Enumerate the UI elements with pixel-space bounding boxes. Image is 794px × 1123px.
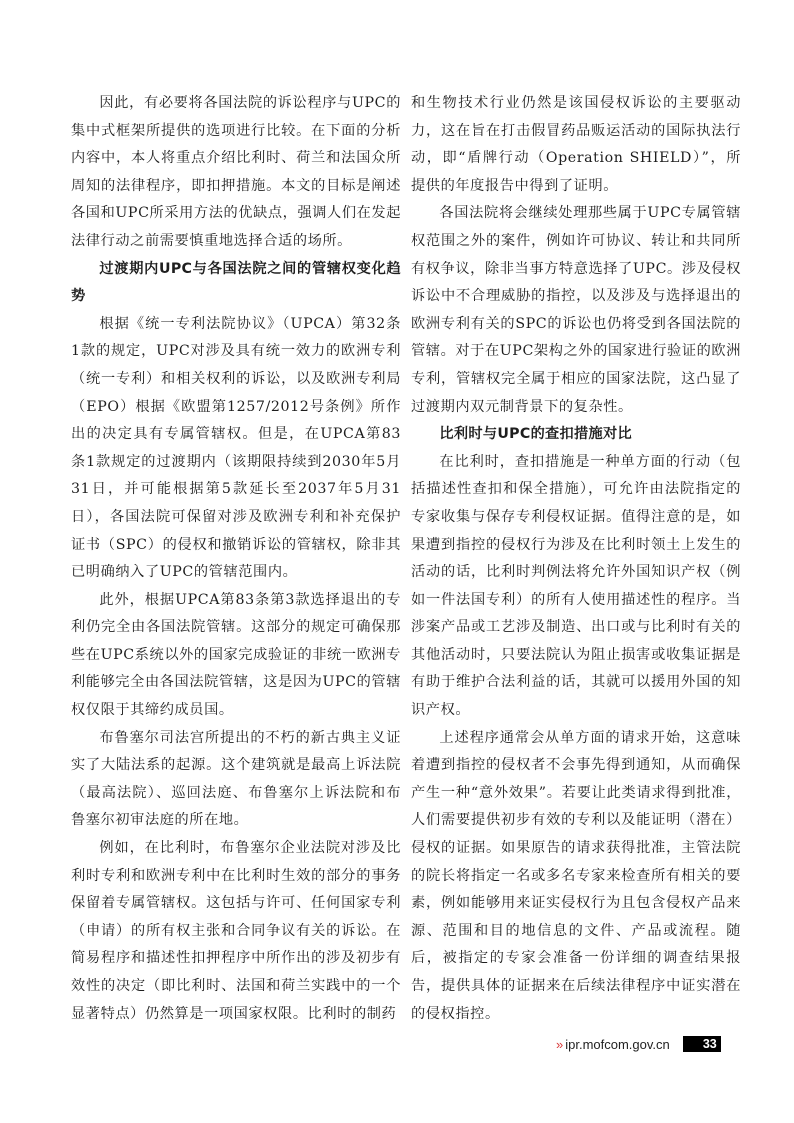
left-column: 因此，有必要将各国法院的诉讼程序与UPC的集中式框架所提供的选项进行比较。在下面… <box>71 90 401 1028</box>
double-chevron-right-icon: » <box>556 1037 561 1052</box>
page-number: 33 <box>683 1036 721 1052</box>
paragraph: 布鲁塞尔司法宫所提出的不朽的新古典主义证实了大陆法系的起源。这个建筑就是最高上诉… <box>71 725 401 835</box>
section-heading: 比利时与UPC的查扣措施对比 <box>411 421 741 449</box>
right-column: 和生物技术行业仍然是该国侵权诉讼的主要驱动力，这在旨在打击假冒药品贩运活动的国际… <box>411 90 741 1028</box>
paragraph: 上述程序通常会从单方面的请求开始，这意味着遭到指控的侵权者不会事先得到通知，从而… <box>411 725 741 1029</box>
paragraph: 例如，在比利时，布鲁塞尔企业法院对涉及比利时专利和欧洲专利中在比利时生效的部分的… <box>71 835 401 1028</box>
website-link[interactable]: ipr.mofcom.gov.cn <box>565 1037 670 1052</box>
paragraph: 根据《统一专利法院协议》（UPCA）第32条1款的规定，UPC对涉及具有统一效力… <box>71 311 401 587</box>
paragraph: 因此，有必要将各国法院的诉讼程序与UPC的集中式框架所提供的选项进行比较。在下面… <box>71 90 401 256</box>
page-footer: » ipr.mofcom.gov.cn 33 <box>556 1036 721 1052</box>
paragraph: 在比利时，查扣措施是一种单方面的行动（包括描述性查扣和保全措施），可允许由法院指… <box>411 449 741 725</box>
paragraph: 此外，根据UPCA第83条第3款选择退出的专利仍完全由各国法院管辖。这部分的规定… <box>71 587 401 725</box>
paragraph-continued: 和生物技术行业仍然是该国侵权诉讼的主要驱动力，这在旨在打击假冒药品贩运活动的国际… <box>411 90 741 200</box>
section-heading: 过渡期内UPC与各国法院之间的管辖权变化趋势 <box>71 256 401 311</box>
paragraph: 各国法院将会继续处理那些属于UPC专属管辖权范围之外的案件，例如许可协议、转让和… <box>411 200 741 421</box>
